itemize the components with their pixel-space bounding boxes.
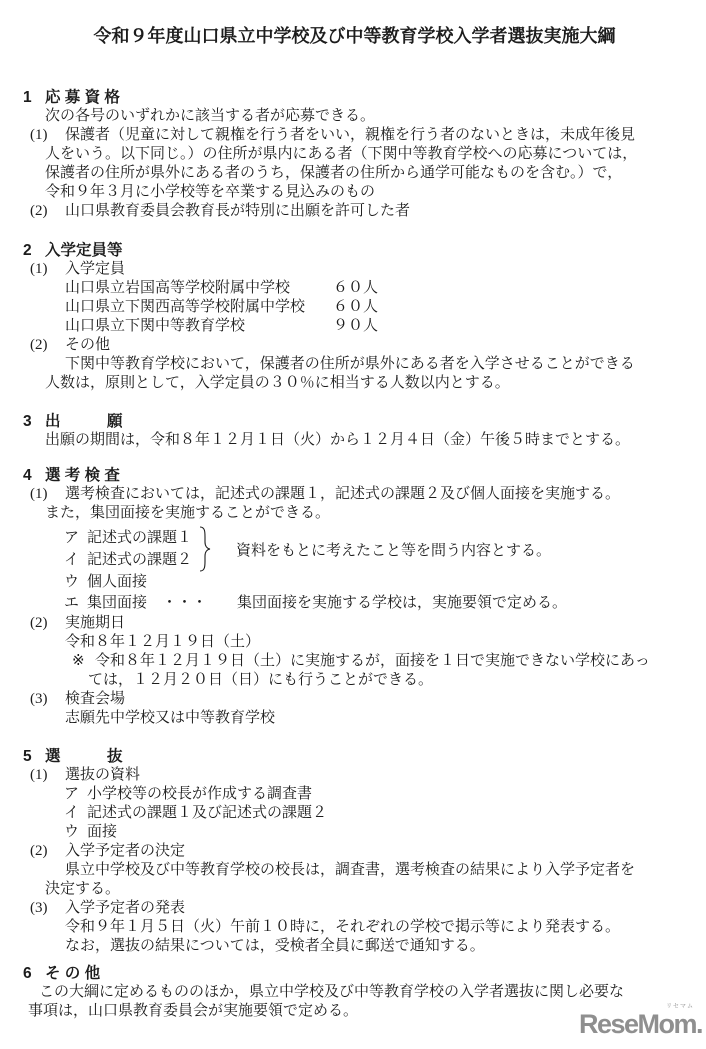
text-line: (1)保護者（児童に対して親権を行う者をいい，親権を行う者のないときは，未成年後… [30,126,686,145]
text-line: 次の各号のいずれかに該当する者が応募できる。 [45,107,686,126]
item-marker: (3) [30,690,65,709]
school-capacity: ６０人 [333,279,378,298]
material-list: ア小学校等の校長が作成する調査書 イ記述式の課題１及び記述式の課題２ ウ面接 [64,785,686,842]
text-line: ア小学校等の校長が作成する調査書 [64,785,686,804]
text-line: なお，選抜の結果については，受検者全員に郵送で通知する。 [65,937,686,956]
school-name: 山口県立下関中等教育学校 [65,317,333,336]
numbered-item: (2)山口県教育委員会教育長が特別に出願を許可した者 [45,202,686,221]
section-1-heading: 1応 募 資 格 [23,88,686,107]
numbered-item: (1)保護者（児童に対して親権を行う者をいい，親権を行う者のないときは，未成年後… [45,126,686,202]
text-line: 県立中学校及び中等教育学校の校長は，調査書，選考検査の結果により入学予定者を [45,861,686,880]
section-title: 応 募 資 格 [45,89,120,106]
school-name: 山口県立下関西高等学校附属中学校 [65,298,333,317]
item-marker: イ [64,549,87,571]
section-2-heading: 2入学定員等 [23,241,686,260]
numbered-item: (1)入学定員 [45,260,686,279]
note-block: ※令和８年１２月１９日（土）に実施するが，面接を１日で実施できない学校にあっ て… [88,652,686,690]
section-6-heading: 6そ の 他 [23,964,686,983]
item-marker: (2) [30,842,65,861]
text-line: 保護者の住所が県外にある者のうち，保護者の住所から通学可能なものを含む。）で， [45,164,686,183]
item-marker: (2) [30,336,65,355]
section-number: 1 [23,88,45,107]
task-brace-group: ア記述式の課題１ イ記述式の課題２ 資料をもとに考えたこと等を問う内容とする。 [64,526,686,572]
text-line: 出願の期間は，令和８年１２月１日（火）から１２月４日（金）午後５時までとする。 [45,431,686,450]
resemom-logo: リセマム ReseMom. [579,1004,702,1038]
item-marker: ウ [64,572,87,593]
text-line: 令和８年１２月１９日（土） [65,633,686,652]
curly-brace-icon [198,526,212,572]
numbered-item: (2)その他 下関中等教育学校において，保護者の住所が県外にある者を入学させるこ… [45,336,686,393]
item-marker: ウ [64,823,87,842]
text-line: (1)選抜の資料 [30,766,686,785]
item-marker: (2) [30,202,65,221]
item-marker: エ [64,593,87,614]
school-capacity: ６０人 [333,298,378,317]
text-line: (1)入学定員 [30,260,686,279]
text-line: 下関中等教育学校において，保護者の住所が県外にある者を入学させることができる [45,355,686,374]
item-marker: (2) [30,614,65,633]
text-line: (2)実施期日 [30,614,686,633]
text-line: また，集団面接を実施することができる。 [45,504,686,523]
item-marker: イ [64,804,87,823]
capacity-row: 山口県立岩国高等学校附属中学校６０人 [65,279,686,298]
section-3-heading: 3出 願 [23,412,686,431]
capacity-row: 山口県立下関西高等学校附属中学校６０人 [65,298,686,317]
text-line: ては，１２月２０日（日）にも行うことができる。 [88,671,686,690]
text-line: エ集団面接 ・・・ 集団面接を実施する学校は，実施要領で定める。 [64,593,686,614]
item-marker: (1) [30,766,65,785]
school-capacity: ９０人 [333,317,378,336]
text-line: (1)選考検査においては，記述式の課題１，記述式の課題２及び個人面接を実施する。 [30,485,686,504]
item-marker: ア [64,785,87,804]
capacity-row: 山口県立下関中等教育学校９０人 [65,317,686,336]
numbered-item: (2)実施期日 令和８年１２月１９日（土） [45,614,686,652]
numbered-item: (2)入学予定者の決定 県立中学校及び中等教育学校の校長は，調査書，選考検査の結… [45,842,686,899]
text-line: ※令和８年１２月１９日（土）に実施するが，面接を１日で実施できない学校にあっ [72,652,686,671]
text-line: ア記述式の課題１ [64,527,192,549]
text-line: 令和９年３月に小学校等を卒業する見込みのもの [45,183,686,202]
note-marker: ※ [72,652,95,671]
text-line: 人数は，原則として，入学定員の３０％に相当する人数以内とする。 [45,374,686,393]
text-line: (2)山口県教育委員会教育長が特別に出願を許可した者 [30,202,686,221]
text-line: 志願先中学校又は中等教育学校 [65,709,686,728]
numbered-item: (3)入学予定者の発表 令和９年１月５日（火）午前１０時に，それぞれの学校で掲示… [45,899,686,956]
section-title: 入学定員等 [45,242,123,259]
section-title: 出 願 [45,413,123,430]
section-number: 4 [23,466,45,485]
section-number: 3 [23,412,45,431]
text-line: イ記述式の課題２ [64,549,192,571]
logo-text: ReseMom. [579,1011,702,1038]
item-marker: ア [64,527,87,549]
section-number: 5 [23,747,45,766]
item-marker: (1) [30,485,65,504]
brace-note: 資料をもとに考えたこと等を問う内容とする。 [236,539,551,560]
task-list: ア記述式の課題１ イ記述式の課題２ [64,527,192,571]
section-number: 6 [23,964,45,983]
section-title: 選 考 検 査 [45,467,120,484]
text-line: (2)入学予定者の決定 [30,842,686,861]
text-line: (2)その他 [30,336,686,355]
item-marker: (1) [30,260,65,279]
numbered-item: (3)検査会場 志願先中学校又は中等教育学校 [45,690,686,728]
text-line: ウ面接 [64,823,686,842]
numbered-item: (1)選抜の資料 [45,766,686,785]
text-line: ウ個人面接 [64,572,686,593]
school-name: 山口県立岩国高等学校附属中学校 [65,279,333,298]
section-5-heading: 5選 抜 [23,747,686,766]
numbered-item: (1)選考検査においては，記述式の課題１，記述式の課題２及び個人面接を実施する。… [45,485,686,523]
text-line: イ記述式の課題１及び記述式の課題２ [64,804,686,823]
task-list: ウ個人面接 エ集団面接 ・・・ 集団面接を実施する学校は，実施要領で定める。 [64,572,686,614]
text-line: (3)入学予定者の発表 [30,899,686,918]
section-title: 選 抜 [45,748,123,765]
text-line: 令和９年１月５日（火）午前１０時に，それぞれの学校で掲示等により発表する。 [65,918,686,937]
text-line: (3)検査会場 [30,690,686,709]
item-marker: (1) [30,126,65,145]
item-marker: (3) [30,899,65,918]
section-title: そ の 他 [45,965,100,982]
text-line: この大綱に定めるもののほか，県立中学校及び中等教育学校の入学者選抜に関し必要な [28,983,686,1002]
document: 令和９年度山口県立中学校及び中等教育学校入学者選抜実施大綱 1応 募 資 格 次… [0,0,706,1021]
text-line: 決定する。 [45,880,686,899]
section-4-heading: 4選 考 検 査 [23,466,686,485]
section-number: 2 [23,241,45,260]
text-line: 人をいう。以下同じ。）の住所が県内にある者（下関中等教育学校への応募については， [45,145,686,164]
page-title: 令和９年度山口県立中学校及び中等教育学校入学者選抜実施大綱 [23,24,686,49]
